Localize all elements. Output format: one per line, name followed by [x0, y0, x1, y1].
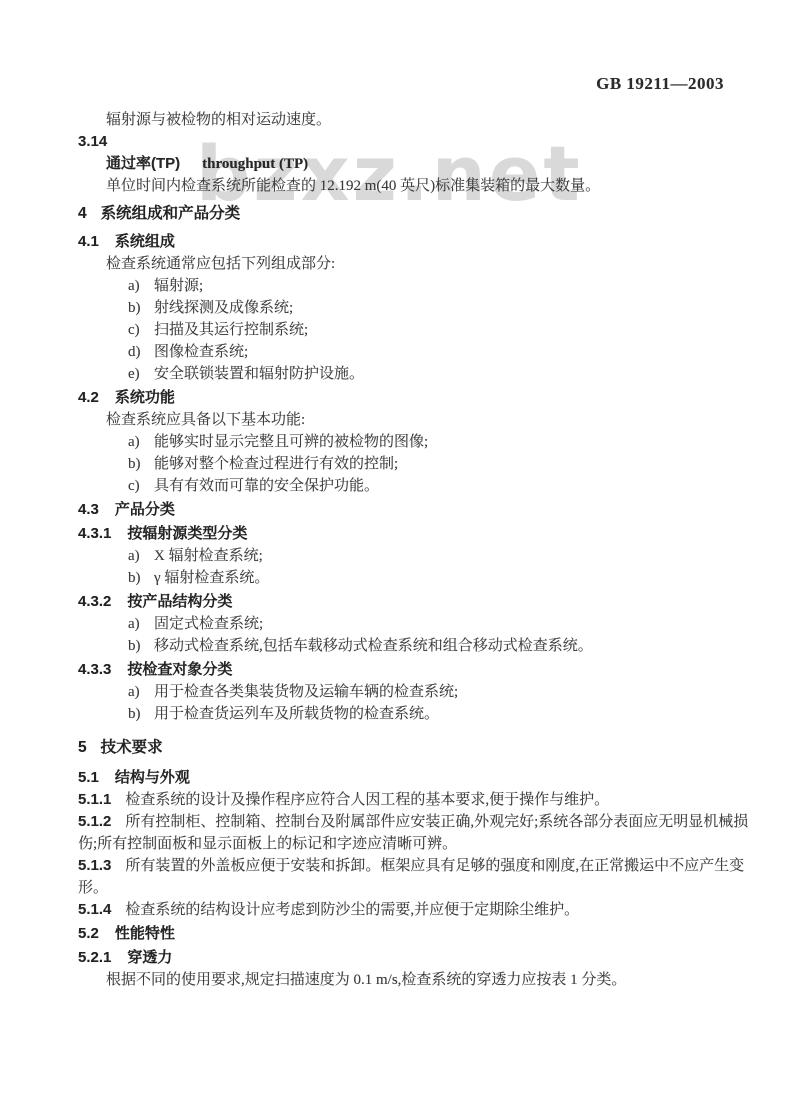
- list-item: b)γ 辐射检查系统。: [78, 567, 758, 589]
- list-item: b)用于检查货运列车及所载货物的检查系统。: [78, 703, 758, 725]
- section-4-heading: 4系统组成和产品分类: [78, 203, 758, 225]
- section-4-3-1-title: 按辐射源类型分类: [127, 525, 247, 542]
- list-item-label: b): [128, 703, 154, 725]
- list-item-text: 射线探测及成像系统;: [154, 300, 293, 316]
- section-4-3-1-heading: 4.3.1按辐射源类型分类: [78, 523, 758, 545]
- list-item: a)用于检查各类集装货物及运输车辆的检查系统;: [78, 681, 758, 703]
- document-page: bzxz.net GB 19211—2003 辐射源与被检物的相对运动速度。 3…: [0, 0, 800, 1103]
- list-item-label: c): [128, 475, 154, 497]
- section-4-number: 4: [78, 205, 87, 222]
- list-item-label: e): [128, 363, 154, 385]
- clause-5-1-1: 5.1.1检查系统的设计及操作程序应符合人因工程的基本要求,便于操作与维护。: [78, 789, 758, 811]
- list-item-text: 用于检查各类集装货物及运输车辆的检查系统;: [154, 684, 458, 700]
- section-4-3-1-number: 4.3.1: [78, 525, 111, 542]
- list-item-text: γ 辐射检查系统。: [154, 570, 269, 586]
- section-4-3-2-number: 4.3.2: [78, 593, 111, 610]
- section-4-3-number: 4.3: [78, 501, 99, 518]
- list-item-label: c): [128, 319, 154, 341]
- list-item-label: a): [128, 431, 154, 453]
- list-item-text: 能够对整个检查过程进行有效的控制;: [154, 456, 398, 472]
- section-5-number: 5: [78, 739, 87, 756]
- standard-number: GB 19211—2003: [596, 74, 724, 93]
- list-item: a)固定式检查系统;: [78, 613, 758, 635]
- clause-5-1-3: 5.1.3所有装置的外盖板应便于安装和拆卸。框架应具有足够的强度和刚度,在正常搬…: [78, 855, 758, 899]
- clause-text: 检查系统的结构设计应考虑到防沙尘的需要,并应便于定期除尘维护。: [125, 902, 579, 918]
- list-item-label: b): [128, 567, 154, 589]
- section-4-2-heading: 4.2系统功能: [78, 387, 758, 409]
- section-4-3-3-number: 4.3.3: [78, 661, 111, 678]
- section-4-3-title: 产品分类: [115, 501, 175, 518]
- list-item-text: 移动式检查系统,包括车载移动式检查系统和组合移动式检查系统。: [154, 638, 593, 654]
- clause-5-1-2: 5.1.2所有控制柜、控制箱、控制台及附属部件应安装正确,外观完好;系统各部分表…: [78, 811, 758, 855]
- list-item-text: 扫描及其运行控制系统;: [154, 322, 308, 338]
- clause-text: 所有装置的外盖板应便于安装和拆卸。框架应具有足够的强度和刚度,在正常搬运中不应产…: [78, 858, 744, 896]
- page-content: GB 19211—2003 辐射源与被检物的相对运动速度。 3.14 通过率(T…: [0, 0, 800, 991]
- list-item-text: 固定式检查系统;: [154, 616, 263, 632]
- term-chinese: 通过率(TP): [106, 155, 180, 172]
- term-line: 通过率(TP)throughput (TP): [78, 153, 758, 175]
- list-item: d)图像检查系统;: [78, 341, 758, 363]
- section-4-3-heading: 4.3产品分类: [78, 499, 758, 521]
- list-item-text: 具有有效而可靠的安全保护功能。: [154, 478, 379, 494]
- section-4-3-3-title: 按检查对象分类: [127, 661, 232, 678]
- section-4-1-title: 系统组成: [115, 233, 175, 250]
- list-item-text: X 辐射检查系统;: [154, 548, 263, 564]
- clause-5-1-4: 5.1.4检查系统的结构设计应考虑到防沙尘的需要,并应便于定期除尘维护。: [78, 899, 758, 921]
- section-4-2-lead: 检查系统应具备以下基本功能:: [78, 409, 758, 431]
- term-definition: 单位时间内检查系统所能检查的 12.192 m(40 英尺)标准集装箱的最大数量…: [78, 175, 758, 197]
- list-item-text: 辐射源;: [154, 278, 203, 294]
- clause-number: 5.1.3: [78, 857, 111, 874]
- list-item: c)扫描及其运行控制系统;: [78, 319, 758, 341]
- section-5-1-number: 5.1: [78, 769, 99, 786]
- section-4-3-3-heading: 4.3.3按检查对象分类: [78, 659, 758, 681]
- list-item-label: b): [128, 635, 154, 657]
- clause-text: 所有控制柜、控制箱、控制台及附属部件应安装正确,外观完好;系统各部分表面应无明显…: [78, 814, 748, 852]
- list-item-label: a): [128, 545, 154, 567]
- list-item-label: d): [128, 341, 154, 363]
- list-item-text: 能够实时显示完整且可辨的被检物的图像;: [154, 434, 428, 450]
- list-item: a)X 辐射检查系统;: [78, 545, 758, 567]
- section-5-2-1-title: 穿透力: [127, 949, 172, 966]
- section-4-3-2-title: 按产品结构分类: [127, 593, 232, 610]
- section-4-1-heading: 4.1系统组成: [78, 231, 758, 253]
- section-5-2-1-paragraph: 根据不同的使用要求,规定扫描速度为 0.1 m/s,检查系统的穿透力应按表 1 …: [78, 969, 758, 991]
- list-item-text: 图像检查系统;: [154, 344, 248, 360]
- section-5-2-title: 性能特性: [115, 925, 175, 942]
- section-5-heading: 5技术要求: [78, 737, 758, 759]
- list-item-text: 用于检查货运列车及所载货物的检查系统。: [154, 706, 439, 722]
- list-item-label: a): [128, 275, 154, 297]
- list-item-label: a): [128, 613, 154, 635]
- list-item: a)能够实时显示完整且可辨的被检物的图像;: [78, 431, 758, 453]
- section-4-title: 系统组成和产品分类: [101, 205, 241, 222]
- list-item: b)移动式检查系统,包括车载移动式检查系统和组合移动式检查系统。: [78, 635, 758, 657]
- list-item-label: b): [128, 297, 154, 319]
- section-5-1-heading: 5.1结构与外观: [78, 767, 758, 789]
- section-4-2-number: 4.2: [78, 389, 99, 406]
- list-item: c)具有有效而可靠的安全保护功能。: [78, 475, 758, 497]
- section-5-2-1-number: 5.2.1: [78, 949, 111, 966]
- section-4-1-number: 4.1: [78, 233, 99, 250]
- clause-number: 5.1.4: [78, 901, 111, 918]
- section-5-2-number: 5.2: [78, 925, 99, 942]
- list-item: b)能够对整个检查过程进行有效的控制;: [78, 453, 758, 475]
- list-item: e)安全联锁装置和辐射防护设施。: [78, 363, 758, 385]
- section-5-title: 技术要求: [101, 739, 163, 756]
- list-item-text: 安全联锁装置和辐射防护设施。: [154, 366, 364, 382]
- section-5-1-title: 结构与外观: [115, 769, 190, 786]
- section-4-2-title: 系统功能: [115, 389, 175, 406]
- section-5-2-1-heading: 5.2.1穿透力: [78, 947, 758, 969]
- section-4-1-lead: 检查系统通常应包括下列组成部分:: [78, 253, 758, 275]
- page-header: GB 19211—2003: [78, 73, 758, 93]
- carryover-definition-text: 辐射源与被检物的相对运动速度。: [78, 109, 758, 131]
- list-item-label: a): [128, 681, 154, 703]
- clause-number: 5.1.2: [78, 813, 111, 830]
- list-item-label: b): [128, 453, 154, 475]
- list-item: a)辐射源;: [78, 275, 758, 297]
- section-4-3-2-heading: 4.3.2按产品结构分类: [78, 591, 758, 613]
- term-english: throughput (TP): [202, 156, 308, 172]
- clause-text: 检查系统的设计及操作程序应符合人因工程的基本要求,便于操作与维护。: [125, 792, 609, 808]
- term-clause-number: 3.14: [78, 131, 758, 153]
- clause-number: 5.1.1: [78, 791, 111, 808]
- section-5-2-heading: 5.2性能特性: [78, 923, 758, 945]
- list-item: b)射线探测及成像系统;: [78, 297, 758, 319]
